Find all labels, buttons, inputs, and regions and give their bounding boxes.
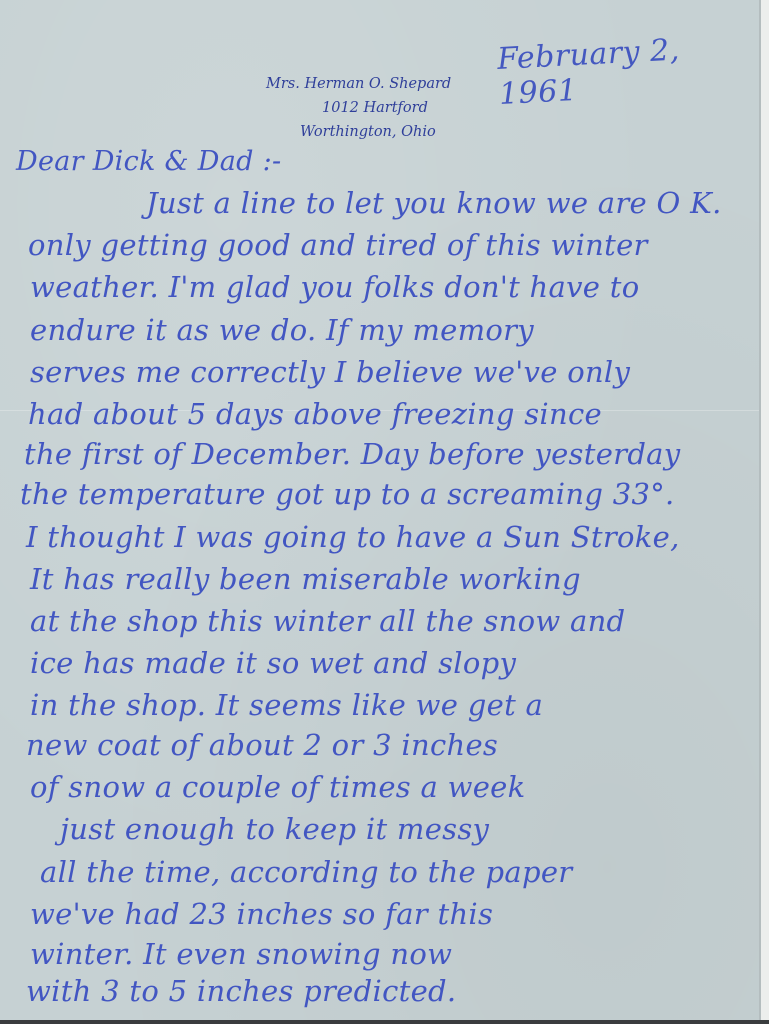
body-line: It has really been miserable working: [30, 562, 581, 596]
letterhead-city: Worthington, Ohio: [262, 120, 502, 144]
body-line: we've had 23 inches so far this: [30, 897, 493, 931]
body-line: serves me correctly I believe we've only: [30, 355, 630, 389]
letterhead-name: Mrs. Herman O. Shepard: [262, 72, 502, 96]
scan-bottom-edge: [0, 1020, 769, 1024]
body-line: ice has made it so wet and slopy: [30, 646, 516, 680]
body-line: at the shop this winter all the snow and: [30, 604, 625, 638]
body-line: had about 5 days above freezing since: [28, 397, 602, 431]
body-line: of snow a couple of times a week: [30, 770, 526, 804]
body-line: all the time, according to the paper: [40, 855, 572, 889]
body-line: new coat of about 2 or 3 inches: [26, 728, 498, 762]
body-line: weather. I'm glad you folks don't have t…: [30, 270, 640, 304]
letter-page: Mrs. Herman O. Shepard 1012 Hartford Wor…: [0, 0, 761, 1020]
body-line: Just a line to let you know we are O K.: [146, 186, 722, 220]
body-line: with 3 to 5 inches predicted.: [26, 974, 456, 1008]
letterhead-street: 1012 Hartford: [262, 96, 502, 120]
body-line: I thought I was going to have a Sun Stro…: [26, 520, 680, 554]
scan-edge-strip: [761, 0, 769, 1024]
body-line: the first of December. Day before yester…: [24, 437, 680, 471]
salutation: Dear Dick & Dad :-: [16, 146, 281, 177]
body-line: just enough to keep it messy: [60, 812, 489, 846]
body-line: endure it as we do. If my memory: [30, 313, 534, 347]
letterhead: Mrs. Herman O. Shepard 1012 Hartford Wor…: [262, 72, 502, 144]
body-line: winter. It even snowing now: [30, 937, 452, 971]
body-line: in the shop. It seems like we get a: [30, 688, 543, 722]
body-line: the temperature got up to a screaming 33…: [20, 477, 675, 511]
body-line: only getting good and tired of this wint…: [28, 228, 648, 262]
letter-date: February 2, 1961: [496, 29, 758, 112]
